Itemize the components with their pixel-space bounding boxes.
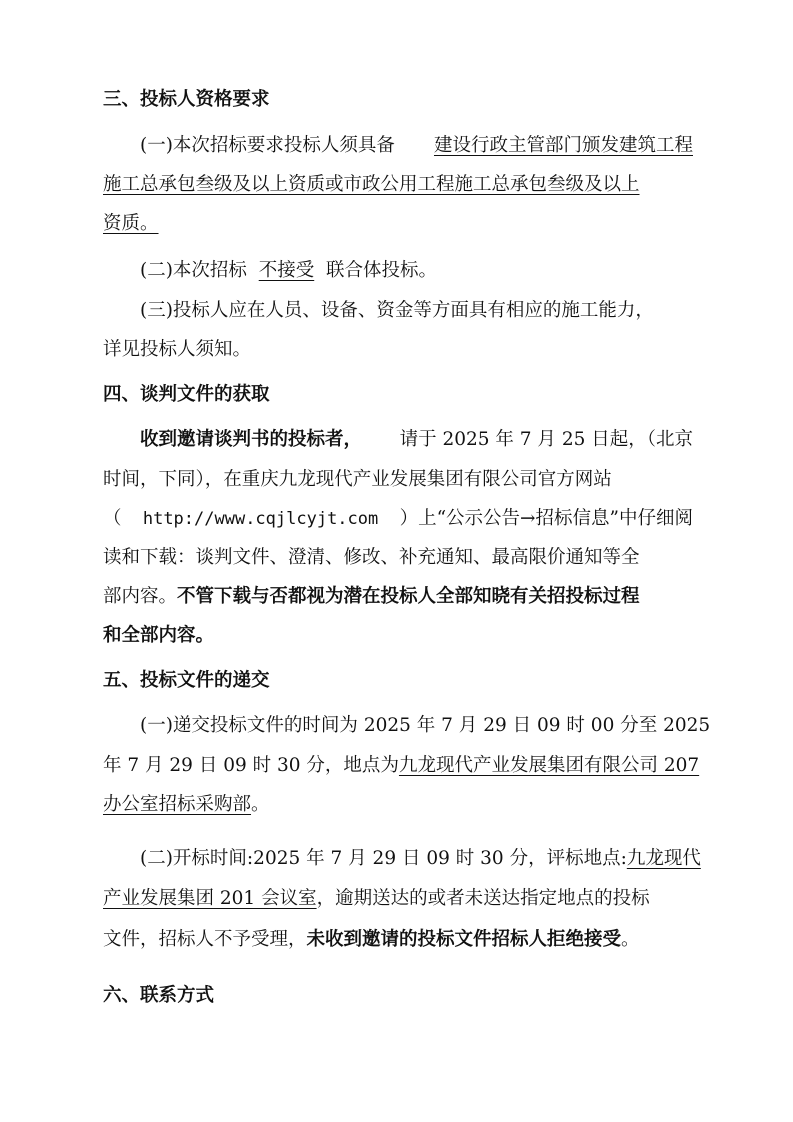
paragraph-acquisition-line2: 时间，下同），在重庆九龙现代产业发展集团有限公司官方网站 [103, 468, 612, 492]
text: 年 7 月 29 日 09 时 30 分，地点为 [103, 755, 399, 776]
underlined-text: 施工总承包叁级及以上资质或市政公用工程施工总承包叁级及以上 [103, 174, 640, 195]
bold-text: 未收到邀请的投标文件招标人拒绝接受 [307, 929, 622, 950]
text: ）上“公示公告→招标信息”中仔细阅 [400, 507, 693, 531]
underlined-text: 建设行政主管部门颁发建筑工程 [434, 134, 693, 158]
paragraph-acquisition-line6: 和全部内容。 [103, 624, 214, 648]
paragraph-submission-1-line3: 办公室招标采购部。 [103, 793, 270, 817]
text: 文件，招标人不予受理， [103, 929, 307, 950]
text: （ [103, 507, 122, 531]
text: 请于 2025 年 7 月 25 日起，（北京 [400, 428, 693, 452]
paragraph-acquisition-line3: （http://www.cqjlcyjt.com）上“公示公告→招标信息”中仔细… [103, 507, 693, 531]
text: (二)开标时间:2025 年 7 月 29 日 09 时 30 分，评标地点: [140, 848, 627, 869]
section-heading-contact: 六、联系方式 [103, 984, 214, 1008]
underlined-text: 产业发展集团 201 会议室 [103, 888, 317, 909]
underlined-text: 九龙现代 [627, 848, 701, 869]
underlined-text: 九龙现代产业发展集团有限公司 207 [399, 755, 699, 776]
section-heading-bid-submission: 五、投标文件的递交 [103, 669, 270, 693]
text: (一)本次招标要求投标人须具备 [140, 134, 395, 158]
text: 。 [621, 929, 640, 950]
text: (二)本次招标 [140, 260, 247, 281]
paragraph-qualification-1-line2: 施工总承包叁级及以上资质或市政公用工程施工总承包叁级及以上 [103, 173, 640, 197]
paragraph-qualification-1-line1: (一)本次招标要求投标人须具备建设行政主管部门颁发建筑工程 [103, 134, 693, 158]
bold-text: 收到邀请谈判书的投标者， [140, 428, 362, 452]
paragraph-acquisition-line1: 收到邀请谈判书的投标者，请于 2025 年 7 月 25 日起，（北京 [103, 428, 693, 452]
underlined-text: 资质。 [103, 213, 159, 234]
text: 联合体投标。 [326, 260, 437, 281]
paragraph-qualification-2: (二)本次招标 不接受 联合体投标。 [140, 259, 437, 283]
underlined-text: 不接受 [259, 260, 315, 281]
section-heading-document-acquisition: 四、谈判文件的获取 [103, 383, 270, 407]
website-link[interactable]: http://www.cqjlcyjt.com [143, 507, 378, 531]
paragraph-submission-2-line3: 文件，招标人不予受理，未收到邀请的投标文件招标人拒绝接受。 [103, 928, 640, 952]
underlined-text: 办公室招标采购部 [103, 794, 251, 815]
paragraph-acquisition-line5: 部内容。不管下载与否都视为潜在投标人全部知晓有关招投标过程 [103, 585, 640, 609]
text: 。 [251, 794, 270, 815]
paragraph-acquisition-line4: 读和下载：谈判文件、澄清、修改、补充通知、最高限价通知等全 [103, 546, 640, 570]
paragraph-submission-2-line2: 产业发展集团 201 会议室，逾期送达的或者未送达指定地点的投标 [103, 887, 650, 911]
paragraph-qualification-3-line1: (三)投标人应在人员、设备、资金等方面具有相应的施工能力， [140, 299, 654, 323]
section-heading-qualification: 三、投标人资格要求 [103, 88, 270, 112]
paragraph-submission-1-line1: (一)递交投标文件的时间为 2025 年 7 月 29 日 09 时 00 分至… [140, 714, 710, 738]
bold-text: 不管下载与否都视为潜在投标人全部知晓有关招投标过程 [177, 586, 640, 607]
paragraph-qualification-3-line2: 详见投标人须知。 [103, 338, 251, 362]
paragraph-qualification-1-line3: 资质。 [103, 212, 159, 236]
text: 部内容。 [103, 586, 177, 607]
text: ，逾期送达的或者未送达指定地点的投标 [317, 888, 650, 909]
paragraph-submission-2-line1: (二)开标时间:2025 年 7 月 29 日 09 时 30 分，评标地点:九… [140, 847, 701, 871]
paragraph-submission-1-line2: 年 7 月 29 日 09 时 30 分，地点为九龙现代产业发展集团有限公司 2… [103, 754, 699, 778]
